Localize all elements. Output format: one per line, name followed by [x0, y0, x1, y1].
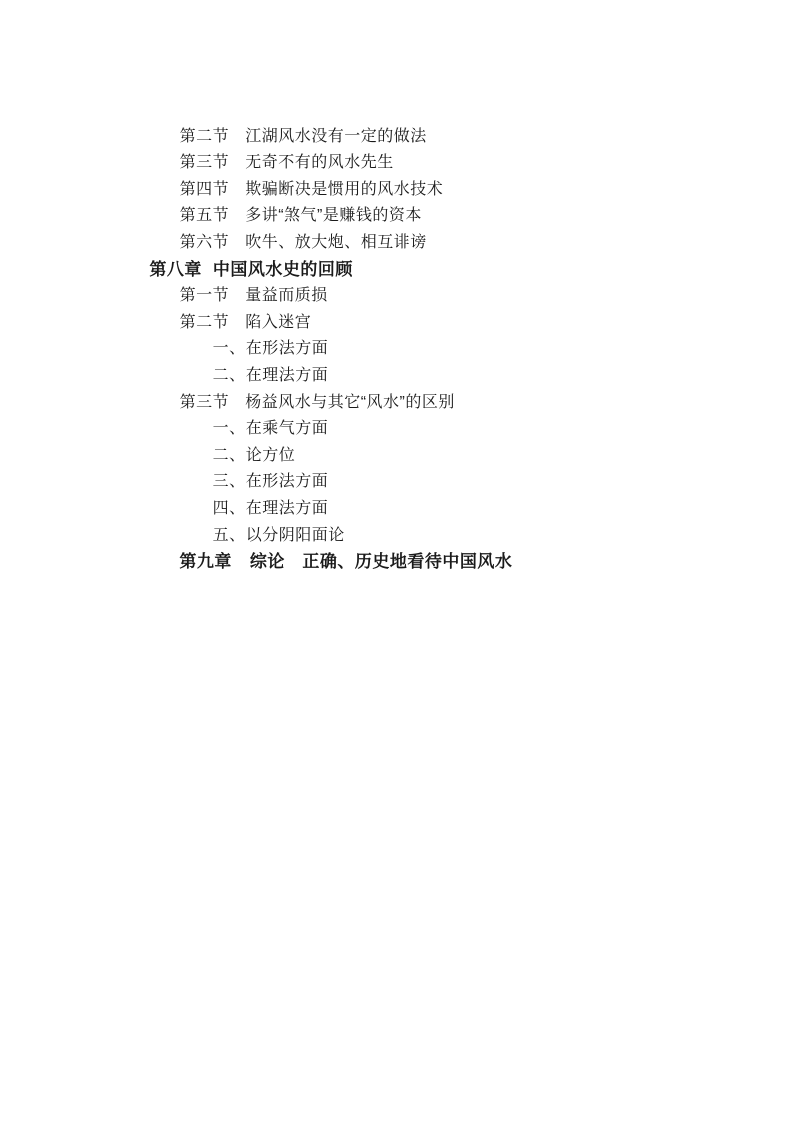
toc-line-label: 第三节 [180, 154, 230, 171]
toc-subitem-title: 在形法方面 [246, 473, 329, 490]
toc-line-label: 第四节 [180, 181, 230, 198]
toc-subitem-label: 二、 [213, 447, 246, 464]
toc-line-label: 第六节 [180, 234, 230, 251]
toc-chapter-title: 综论 正确、历史地看待中国风水 [250, 552, 513, 571]
toc-line-title: 无奇不有的风水先生 [245, 154, 394, 171]
toc-line-title: 吹牛、放大炮、相互诽谤 [245, 234, 427, 251]
toc-line-label: 第五节 [180, 207, 230, 224]
toc-subitem-title: 以分阴阳面论 [246, 527, 345, 544]
toc-chapter-title: 中国风水史的回顾 [213, 260, 353, 279]
toc-subitem-label: 四、 [213, 500, 246, 517]
toc-subitem-line: 一、在形法方面 [0, 310, 793, 337]
toc-line: 第三节杨益风水与其它“风水”的区别 [0, 363, 793, 390]
toc-subitem-label: 五、 [213, 527, 246, 544]
toc-subitem-label: 三、 [213, 473, 246, 490]
toc-subitem-label: 二、 [213, 367, 246, 384]
toc-line-label: 第二节 [180, 128, 230, 145]
toc-line-title: 量益而质损 [245, 287, 328, 304]
toc-chapter-label: 第九章 [179, 552, 232, 571]
toc-line-title: 欺骗断决是惯用的风水技术 [245, 181, 443, 198]
toc-subitem-line: 五、以分阴阳面论 [0, 496, 793, 523]
toc-subitem-line: 四、在理法方面 [0, 469, 793, 496]
toc-chapter-line: 第九章综论 正确、历史地看待中国风水 [0, 523, 793, 550]
toc-subitem-title: 在理法方面 [246, 500, 329, 517]
toc-line-title: 江湖风水没有一定的做法 [245, 128, 427, 145]
toc-line-title: 多讲“煞气”是赚钱的资本 [245, 207, 422, 224]
toc-subitem-line: 三、在形法方面 [0, 443, 793, 470]
toc-line-label: 第二节 [180, 314, 230, 331]
toc-subitem-title: 论方位 [246, 447, 296, 464]
toc-subitem-line: 二、论方位 [0, 416, 793, 443]
toc-chapter-label: 第八章 [149, 260, 202, 279]
toc-body: 第二节江湖风水没有一定的做法 第三节无奇不有的风水先生 第四节欺骗断决是惯用的风… [0, 0, 793, 549]
toc-subitem-label: 一、 [213, 340, 246, 357]
toc-line: 第二节江湖风水没有一定的做法 [0, 97, 793, 124]
toc-subitem-label: 一、 [213, 420, 246, 437]
toc-subitem-title: 在理法方面 [246, 367, 329, 384]
toc-subitem-title: 在形法方面 [246, 340, 329, 357]
toc-subitem-title: 在乘气方面 [246, 420, 329, 437]
toc-line-title: 杨益风水与其它“风水”的区别 [245, 394, 455, 411]
document-page: 第二节江湖风水没有一定的做法 第三节无奇不有的风水先生 第四节欺骗断决是惯用的风… [0, 0, 793, 1122]
toc-subitem-line: 二、在理法方面 [0, 336, 793, 363]
toc-line: 第四节欺骗断决是惯用的风水技术 [0, 150, 793, 177]
toc-line-label: 第三节 [180, 394, 230, 411]
toc-line-label: 第一节 [180, 287, 230, 304]
toc-line-title: 陷入迷宫 [245, 314, 311, 331]
